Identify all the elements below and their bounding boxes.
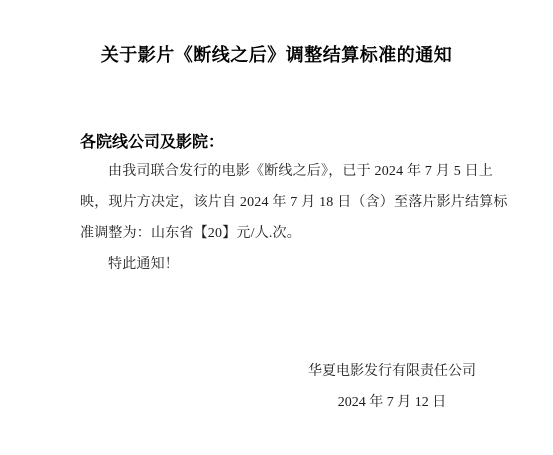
body-line-closing: 特此通知！ (80, 249, 484, 280)
salutation: 各院线公司及影院： (80, 129, 224, 152)
notice-body: 由我司联合发行的电影《断线之后》，已于 2024 年 7 月 5 日上 映，现片… (80, 156, 484, 280)
body-line: 由我司联合发行的电影《断线之后》，已于 2024 年 7 月 5 日上 (80, 156, 484, 187)
signature-company: 华夏电影发行有限责任公司 (302, 356, 482, 387)
body-line: 准调整为：山东省【20】元/人.次。 (80, 218, 484, 249)
body-line: 映，现片方决定，该片自 2024 年 7 月 18 日（含）至落片影片结算标 (80, 187, 484, 218)
document-title: 关于影片《断线之后》调整结算标准的通知 (0, 41, 553, 67)
signature-date: 2024 年 7 月 12 日 (302, 387, 482, 418)
notice-document-page: 关于影片《断线之后》调整结算标准的通知 各院线公司及影院： 由我司联合发行的电影… (0, 0, 553, 455)
signature-block: 华夏电影发行有限责任公司 2024 年 7 月 12 日 (302, 356, 482, 418)
